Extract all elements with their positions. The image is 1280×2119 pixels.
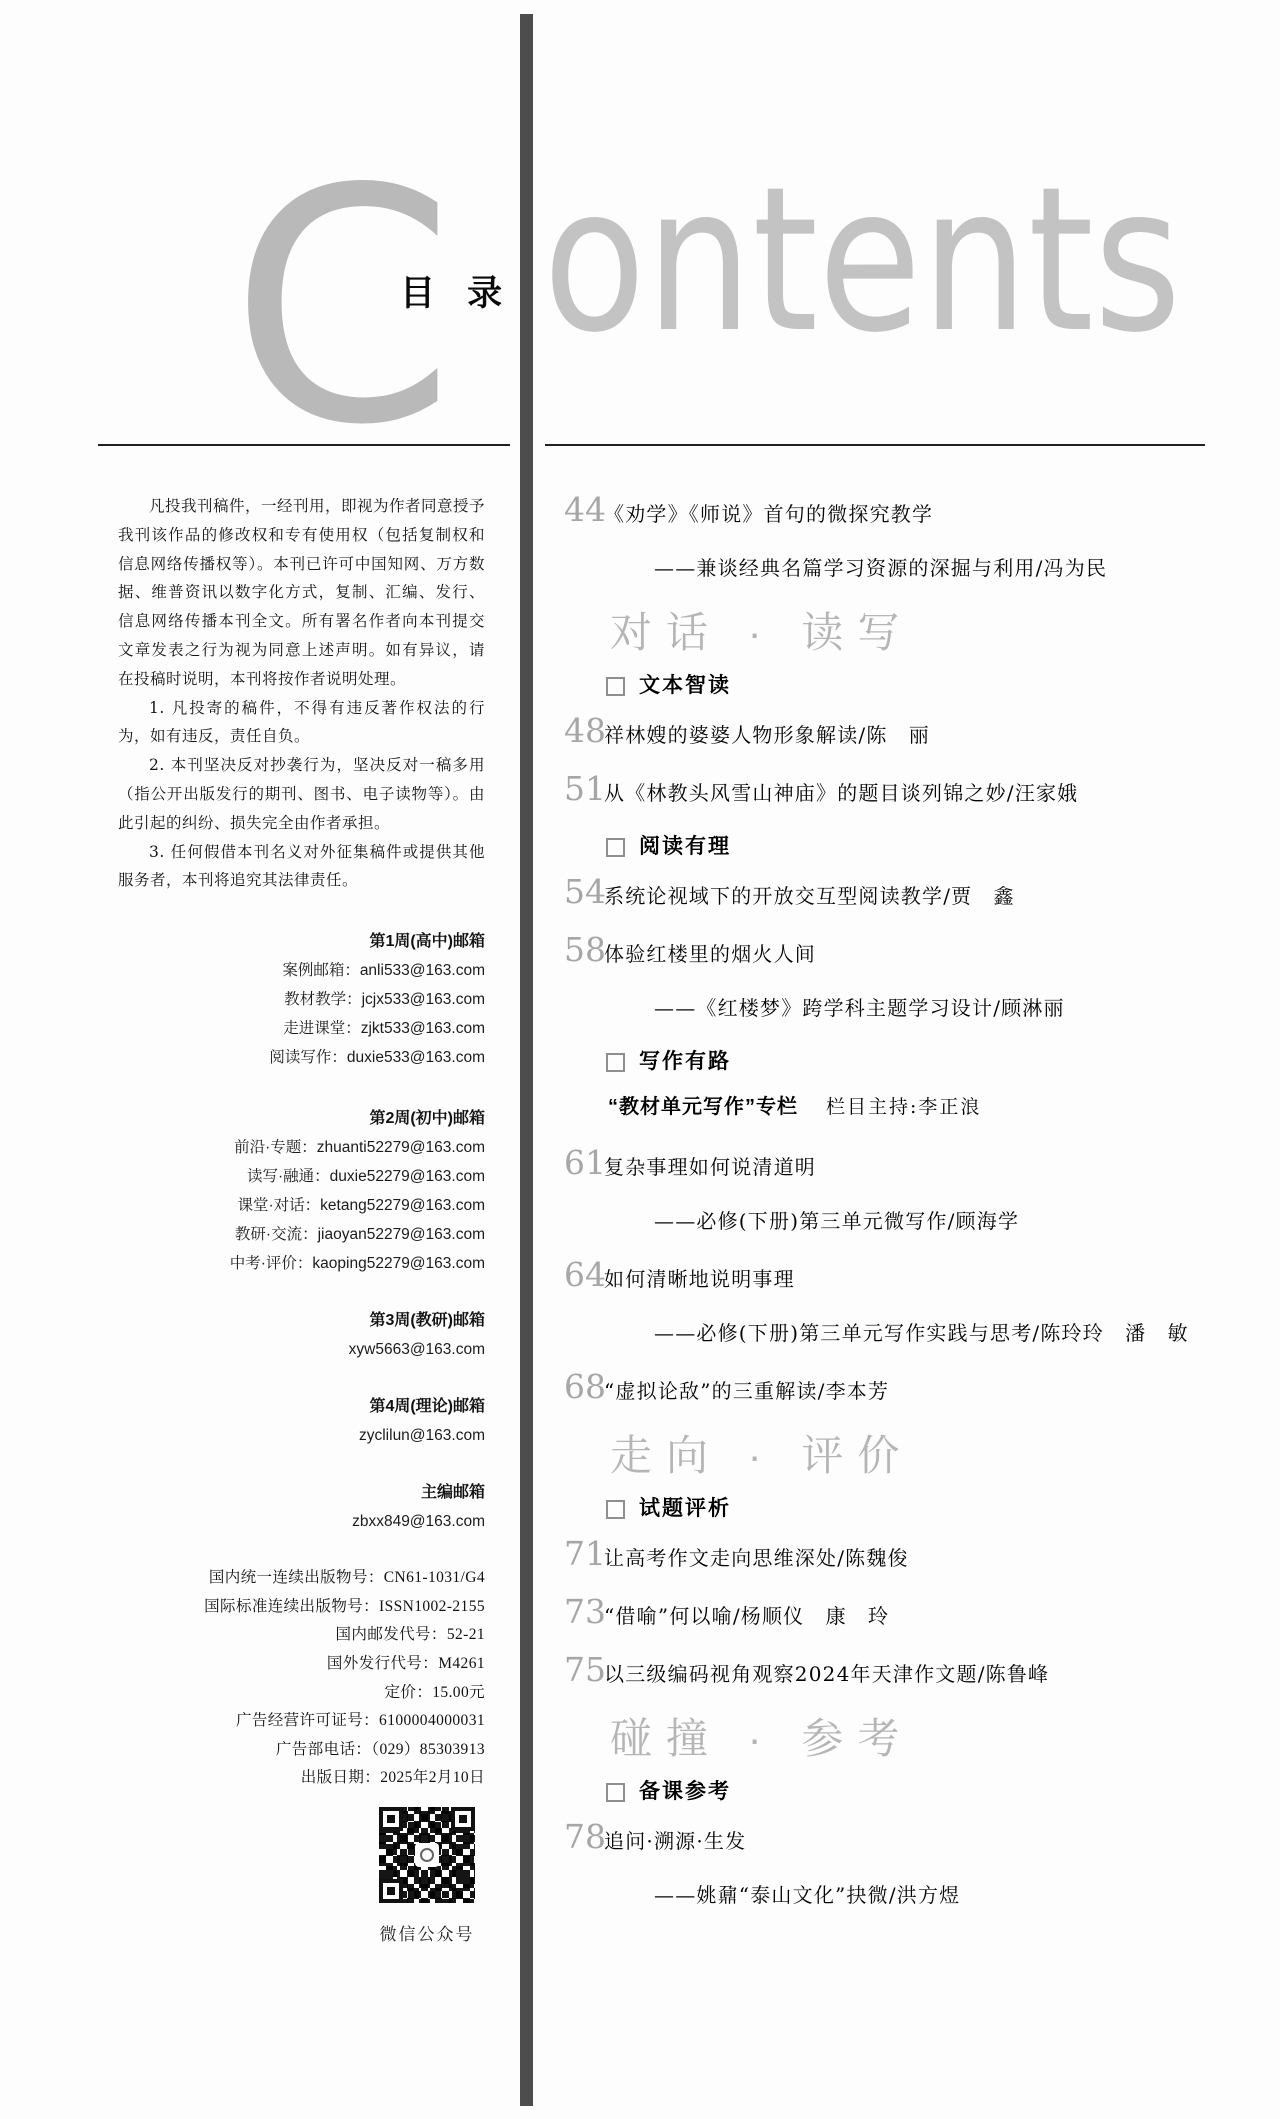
toc-entry[interactable]: 51从《林教头风雪山神庙》的题目谈列锦之妙/汪家娥 — [558, 776, 1220, 806]
entry-subtitle: ——兼谈经典名篇学习资源的深掘与利用/冯为民 — [558, 555, 1220, 581]
mailbox-list: 第1周(高中)邮箱案例邮箱：anli533@163.com教材教学：jcjx53… — [118, 927, 485, 1536]
publication-row: 国外发行代号：M4261 — [118, 1650, 485, 1679]
publication-row: 定价：15.00元 — [118, 1679, 485, 1708]
qr-center-logo-icon — [415, 1843, 439, 1867]
page-number: 73 — [558, 1599, 604, 1625]
subsection-label: 阅读有理 — [639, 834, 731, 860]
page-number: 75 — [558, 1657, 604, 1683]
entry-title: 体验红楼里的烟火人间 — [604, 941, 816, 967]
entry-title: 复杂事理如何说清道明 — [604, 1154, 816, 1180]
toc-entry[interactable]: 54系统论视域下的开放交互型阅读教学/贾 鑫 — [558, 879, 1220, 909]
publication-row: 广告部电话：（029）85303913 — [118, 1736, 485, 1765]
entry-title: 祥林嫂的婆婆人物形象解读/陈 丽 — [604, 722, 930, 748]
qr-caption: 微信公众号 — [369, 1920, 485, 1945]
entry-title: 如何清晰地说明事理 — [604, 1266, 795, 1292]
toc-page: C 目 录 ontents 凡投我刊稿件，一经刊用，即视为作者同意授予我刊该作品… — [0, 0, 1280, 2119]
publication-row: 出版日期：2025年2月10日 — [118, 1764, 485, 1793]
subsection-label: 试题评析 — [639, 1496, 731, 1522]
publication-info: 国内统一连续出版物号：CN61-1031/G4国际标准连续出版物号：ISSN10… — [118, 1564, 485, 1793]
mailbox-block: 主编邮箱zbxx849@163.com — [118, 1478, 485, 1536]
vertical-divider — [520, 14, 533, 2106]
subsection-header: 文本智读 — [606, 673, 1220, 699]
toc-entry[interactable]: 44《劝学》《师说》首句的微探究教学 — [558, 497, 1220, 527]
publication-row: 广告经营许可证号：6100004000031 — [118, 1707, 485, 1736]
square-bullet-icon — [606, 1783, 625, 1802]
page-number: 48 — [558, 718, 604, 744]
publication-row: 国内邮发代号：52-21 — [118, 1621, 485, 1650]
entry-title: 以三级编码视角观察2024年天津作文题/陈鲁峰 — [604, 1661, 1049, 1687]
mailbox-row: 教研·交流：jiaoyan52279@163.com — [118, 1220, 485, 1249]
mailbox-row: 教材教学：jcjx533@163.com — [118, 985, 485, 1014]
toc-entry[interactable]: 75以三级编码视角观察2024年天津作文题/陈鲁峰 — [558, 1657, 1220, 1687]
square-bullet-icon — [606, 677, 625, 696]
subsection-label: 文本智读 — [639, 673, 731, 699]
qr-finder-icon — [379, 1807, 403, 1831]
header-rule-left — [98, 444, 510, 446]
publication-row: 国际标准连续出版物号：ISSN1002-2155 — [118, 1593, 485, 1622]
entry-title: 《劝学》《师说》首句的微探究教学 — [604, 501, 933, 527]
section-header: 碰撞 · 参考 — [610, 1715, 1220, 1763]
page-number: 78 — [558, 1824, 604, 1850]
entry-subtitle: ——《红楼梦》跨学科主题学习设计/顾淋丽 — [558, 995, 1220, 1021]
page-number: 68 — [558, 1374, 604, 1400]
mailbox-row: xyw5663@163.com — [118, 1335, 485, 1364]
subsection-header: 写作有路 — [606, 1049, 1220, 1075]
subsection-header: 试题评析 — [606, 1496, 1220, 1522]
entry-title: 系统论视域下的开放交互型阅读教学/贾 鑫 — [604, 883, 1015, 909]
publication-row: 国内统一连续出版物号：CN61-1031/G4 — [118, 1564, 485, 1593]
mailbox-title: 第1周(高中)邮箱 — [118, 927, 485, 956]
entry-subtitle: ——必修(下册)第三单元微写作/顾海学 — [558, 1208, 1220, 1234]
page-number: 61 — [558, 1150, 604, 1176]
left-column: 凡投我刊稿件，一经刊用，即视为作者同意授予我刊该作品的修改权和专有使用权（包括复… — [118, 492, 485, 1945]
mailbox-title: 第2周(初中)邮箱 — [118, 1104, 485, 1133]
toc-entry[interactable]: 78追问·溯源·生发 — [558, 1824, 1220, 1854]
notice-paragraph: 2. 本刊坚决反对抄袭行为，坚决反对一稿多用（指公开出版发行的期刊、图书、电子读… — [118, 751, 485, 837]
mailbox-block: 第4周(理论)邮箱zyclilun@163.com — [118, 1392, 485, 1450]
column-host-line: “教材单元写作”专栏栏目主持:李正浪 — [558, 1094, 1220, 1122]
mailbox-block: 第2周(初中)邮箱前沿·专题：zhuanti52279@163.com读写·融通… — [118, 1104, 485, 1278]
entry-subtitle: ——姚鼐“泰山文化”抉微/洪方煜 — [558, 1882, 1220, 1908]
mailbox-title: 第4周(理论)邮箱 — [118, 1392, 485, 1421]
entry-title: “虚拟论敌”的三重解读/李本芳 — [604, 1378, 889, 1404]
subsection-label: 写作有路 — [639, 1049, 731, 1075]
page-number: 64 — [558, 1262, 604, 1288]
subsection-label: 备课参考 — [639, 1779, 731, 1805]
page-number: 71 — [558, 1541, 604, 1567]
mailbox-row: 案例邮箱：anli533@163.com — [118, 956, 485, 985]
mailbox-row: 阅读写作：duxie533@163.com — [118, 1043, 485, 1072]
entry-title: “借喻”何以喻/杨顺仪 康 玲 — [604, 1603, 889, 1629]
toc-entry[interactable]: 64如何清晰地说明事理 — [558, 1262, 1220, 1292]
mailbox-block: 第1周(高中)邮箱案例邮箱：anli533@163.com教材教学：jcjx53… — [118, 927, 485, 1072]
toc-entry[interactable]: 71让高考作文走向思维深处/陈魏俊 — [558, 1541, 1220, 1571]
square-bullet-icon — [606, 1053, 625, 1072]
toc-entry[interactable]: 48祥林嫂的婆婆人物形象解读/陈 丽 — [558, 718, 1220, 748]
entry-title: 让高考作文走向思维深处/陈魏俊 — [604, 1545, 909, 1571]
page-number: 44 — [558, 497, 604, 523]
section-header: 走向 · 评价 — [610, 1432, 1220, 1480]
subsection-header: 备课参考 — [606, 1779, 1220, 1805]
mailbox-row: 走进课堂：zjkt533@163.com — [118, 1014, 485, 1043]
mailbox-block: 第3周(教研)邮箱xyw5663@163.com — [118, 1306, 485, 1364]
entry-title: 从《林教头风雪山神庙》的题目谈列锦之妙/汪家娥 — [604, 780, 1078, 806]
toc-entry[interactable]: 73“借喻”何以喻/杨顺仪 康 玲 — [558, 1599, 1220, 1629]
subsection-header: 阅读有理 — [606, 834, 1220, 860]
square-bullet-icon — [606, 838, 625, 857]
mailbox-row: 课堂·对话：ketang52279@163.com — [118, 1191, 485, 1220]
section-header: 对话 · 读写 — [610, 609, 1220, 657]
notice-paragraph: 凡投我刊稿件，一经刊用，即视为作者同意授予我刊该作品的修改权和专有使用权（包括复… — [118, 492, 485, 694]
mailbox-title: 主编邮箱 — [118, 1478, 485, 1507]
mailbox-row: zbxx849@163.com — [118, 1507, 485, 1536]
mailbox-title: 第3周(教研)邮箱 — [118, 1306, 485, 1335]
mailbox-row: 前沿·专题：zhuanti52279@163.com — [118, 1133, 485, 1162]
notice-paragraph: 3. 任何假借本刊名义对外征集稿件或提供其他服务者，本刊将追究其法律责任。 — [118, 838, 485, 896]
qr-block: 微信公众号 — [369, 1807, 485, 1945]
qr-finder-icon — [451, 1807, 475, 1831]
column-name: “教材单元写作”专栏 — [608, 1096, 798, 1118]
page-number: 58 — [558, 937, 604, 963]
wechat-qr-code — [379, 1807, 475, 1903]
entry-subtitle: ——必修(下册)第三单元写作实践与思考/陈玲玲 潘 敏 — [558, 1320, 1220, 1346]
qr-finder-icon — [379, 1879, 403, 1903]
mailbox-row: zyclilun@163.com — [118, 1421, 485, 1450]
toc-entry[interactable]: 58体验红楼里的烟火人间 — [558, 937, 1220, 967]
masthead-cn-title: 目 录 — [400, 266, 512, 316]
column-host: 栏目主持:李正浪 — [826, 1096, 981, 1118]
mailbox-row: 中考·评价：kaoping52279@163.com — [118, 1249, 485, 1278]
square-bullet-icon — [606, 1500, 625, 1519]
submission-notice: 凡投我刊稿件，一经刊用，即视为作者同意授予我刊该作品的修改权和专有使用权（包括复… — [118, 492, 485, 895]
page-number: 54 — [558, 879, 604, 905]
toc-entry[interactable]: 68“虚拟论敌”的三重解读/李本芳 — [558, 1374, 1220, 1404]
mailbox-row: 读写·融通：duxie52279@163.com — [118, 1162, 485, 1191]
toc-column: 44《劝学》《师说》首句的微探究教学——兼谈经典名篇学习资源的深掘与利用/冯为民… — [558, 471, 1220, 1936]
notice-paragraph: 1. 凡投寄的稿件，不得有违反著作权法的行为，如有违反，责任自负。 — [118, 694, 485, 752]
page-number: 51 — [558, 776, 604, 802]
header-rule-right — [545, 444, 1205, 446]
entry-title: 追问·溯源·生发 — [604, 1828, 746, 1854]
masthead-word-rest: ontents — [543, 161, 1181, 361]
toc-entry[interactable]: 61复杂事理如何说清道明 — [558, 1150, 1220, 1180]
